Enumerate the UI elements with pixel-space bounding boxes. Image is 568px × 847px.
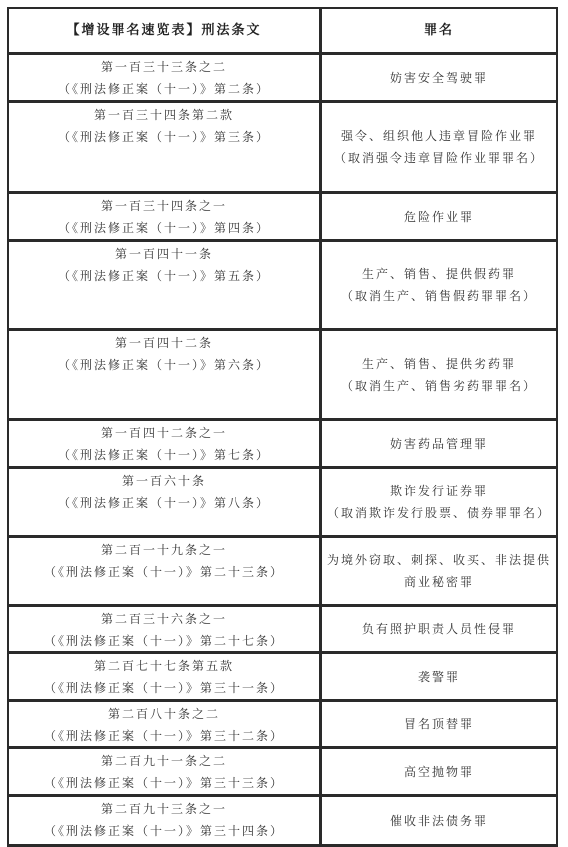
- amendment-reference: （《刑法修正案（十一）》第三条）: [9, 126, 319, 148]
- table-row: 第一百四十二条之一（《刑法修正案（十一）》第七条）妨害药品管理罪: [9, 421, 558, 469]
- crime-name-cell: 为境外窃取、刺探、收买、非法提供商业秘密罪: [322, 538, 558, 604]
- amendment-reference: （《刑法修正案（十一）》第二十七条）: [9, 630, 319, 652]
- crime-name-cell: 生产、销售、提供假药罪（取消生产、销售假药罪罪名）: [322, 242, 558, 328]
- article-cell: 第二百三十六条之一（《刑法修正案（十一）》第二十七条）: [9, 607, 322, 651]
- article-cell: 第一百四十一条（《刑法修正案（十一）》第五条）: [9, 242, 322, 328]
- article-cell: 第一百四十二条之一（《刑法修正案（十一）》第七条）: [9, 421, 322, 466]
- article-number: 第一百三十四条第二款: [9, 104, 319, 126]
- table-row: 第二百七十七条第五款（《刑法修正案（十一）》第三十一条）袭警罪: [9, 654, 558, 702]
- crime-name: 强令、组织他人违章冒险作业罪: [322, 125, 556, 147]
- crime-name: 妨害安全驾驶罪: [322, 67, 556, 89]
- crime-name-cell: 高空抛物罪: [322, 749, 558, 794]
- table-row: 第二百八十条之二（《刑法修正案（十一）》第三十二条）冒名顶替罪: [9, 702, 558, 749]
- article-number: 第二百八十条之二: [9, 703, 319, 725]
- crime-name: 妨害药品管理罪: [322, 433, 556, 455]
- table-row: 第一百三十三条之二（《刑法修正案（十一）》第二条）妨害安全驾驶罪: [9, 55, 558, 103]
- table-row: 第二百一十九条之一（《刑法修正案（十一）》第二十三条）为境外窃取、刺探、收买、非…: [9, 538, 558, 607]
- amendment-reference: （《刑法修正案（十一）》第七条）: [9, 444, 319, 466]
- article-number: 第二百九十三条之一: [9, 798, 319, 820]
- article-cell: 第二百八十条之二（《刑法修正案（十一）》第三十二条）: [9, 702, 322, 746]
- article-number: 第一百三十三条之二: [9, 56, 319, 78]
- crime-name-cell: 催收非法债务罪: [322, 797, 558, 844]
- crime-name: 负有照护职责人员性侵罪: [322, 618, 556, 640]
- crime-name: 催收非法债务罪: [322, 810, 556, 832]
- header-crime-column: 罪名: [322, 9, 558, 52]
- crime-name-cell: 妨害药品管理罪: [322, 421, 558, 466]
- article-number: 第二百七十七条第五款: [9, 655, 319, 677]
- article-cell: 第二百一十九条之一（《刑法修正案（十一）》第二十三条）: [9, 538, 322, 604]
- article-number: 第一百六十条: [9, 470, 319, 492]
- article-number: 第一百四十一条: [9, 243, 319, 265]
- table-row: 第二百九十三条之一（《刑法修正案（十一）》第三十四条）催收非法债务罪: [9, 797, 558, 847]
- amendment-reference: （《刑法修正案（十一）》第五条）: [9, 265, 319, 287]
- crime-name: 高空抛物罪: [322, 761, 556, 783]
- crime-name-cell: 危险作业罪: [322, 194, 558, 239]
- article-number: 第二百三十六条之一: [9, 608, 319, 630]
- amendment-reference: （《刑法修正案（十一）》第二条）: [9, 78, 319, 100]
- article-number: 第二百九十一条之二: [9, 750, 319, 772]
- crime-note: （取消生产、销售劣药罪罪名）: [322, 375, 556, 397]
- crime-name-cell: 强令、组织他人违章冒险作业罪（取消强令违章冒险作业罪罪名）: [322, 103, 558, 191]
- crime-name: 生产、销售、提供假药罪: [322, 263, 556, 285]
- article-cell: 第一百三十四条第二款（《刑法修正案（十一）》第三条）: [9, 103, 322, 191]
- article-cell: 第二百九十三条之一（《刑法修正案（十一）》第三十四条）: [9, 797, 322, 844]
- amendment-reference: （《刑法修正案（十一）》第三十二条）: [9, 725, 319, 747]
- amendment-reference: （《刑法修正案（十一）》第四条）: [9, 217, 319, 239]
- article-cell: 第一百六十条（《刑法修正案（十一）》第八条）: [9, 469, 322, 535]
- amendment-reference: （《刑法修正案（十一）》第八条）: [9, 492, 319, 514]
- article-cell: 第二百九十一条之二（《刑法修正案（十一）》第三十三条）: [9, 749, 322, 794]
- crime-name: 冒名顶替罪: [322, 713, 556, 735]
- crime-list-table: 【增设罪名速览表】刑法条文 罪名 第一百三十三条之二（《刑法修正案（十一）》第二…: [7, 7, 558, 847]
- table-row: 第一百六十条（《刑法修正案（十一）》第八条）欺诈发行证券罪（取消欺诈发行股票、债…: [9, 469, 558, 538]
- article-cell: 第二百七十七条第五款（《刑法修正案（十一）》第三十一条）: [9, 654, 322, 699]
- crime-name: 为境外窃取、刺探、收买、非法提供: [322, 549, 556, 571]
- article-cell: 第一百四十二条（《刑法修正案（十一）》第六条）: [9, 331, 322, 418]
- amendment-reference: （《刑法修正案（十一）》第三十四条）: [9, 820, 319, 842]
- crime-name: 欺诈发行证券罪: [322, 480, 556, 502]
- table-row: 第一百三十四条之一（《刑法修正案（十一）》第四条）危险作业罪: [9, 194, 558, 242]
- crime-note: （取消生产、销售假药罪罪名）: [322, 285, 556, 307]
- amendment-reference: （《刑法修正案（十一）》第六条）: [9, 354, 319, 376]
- crime-name-cell: 负有照护职责人员性侵罪: [322, 607, 558, 651]
- crime-name-cell: 欺诈发行证券罪（取消欺诈发行股票、债券罪罪名）: [322, 469, 558, 535]
- table-row: 第二百九十一条之二（《刑法修正案（十一）》第三十三条）高空抛物罪: [9, 749, 558, 797]
- table-row: 第一百三十四条第二款（《刑法修正案（十一）》第三条）强令、组织他人违章冒险作业罪…: [9, 103, 558, 194]
- article-number: 第一百四十二条之一: [9, 422, 319, 444]
- table-row: 第一百四十二条（《刑法修正案（十一）》第六条）生产、销售、提供劣药罪（取消生产、…: [9, 331, 558, 421]
- article-number: 第一百三十四条之一: [9, 195, 319, 217]
- amendment-reference: （《刑法修正案（十一）》第三十一条）: [9, 677, 319, 699]
- crime-name-cell: 袭警罪: [322, 654, 558, 699]
- article-cell: 第一百三十三条之二（《刑法修正案（十一）》第二条）: [9, 55, 322, 100]
- crime-note: 商业秘密罪: [322, 571, 556, 593]
- crime-name: 危险作业罪: [322, 206, 556, 228]
- amendment-reference: （《刑法修正案（十一）》第二十三条）: [9, 561, 319, 583]
- crime-name: 袭警罪: [322, 666, 556, 688]
- article-number: 第一百四十二条: [9, 332, 319, 354]
- amendment-reference: （《刑法修正案（十一）》第三十三条）: [9, 772, 319, 794]
- crime-name-cell: 生产、销售、提供劣药罪（取消生产、销售劣药罪罪名）: [322, 331, 558, 418]
- table-row: 第一百四十一条（《刑法修正案（十一）》第五条）生产、销售、提供假药罪（取消生产、…: [9, 242, 558, 331]
- crime-name-cell: 冒名顶替罪: [322, 702, 558, 746]
- table-header-row: 【增设罪名速览表】刑法条文 罪名: [9, 9, 558, 55]
- table-row: 第二百三十六条之一（《刑法修正案（十一）》第二十七条）负有照护职责人员性侵罪: [9, 607, 558, 654]
- crime-note: （取消欺诈发行股票、债券罪罪名）: [322, 502, 556, 524]
- article-cell: 第一百三十四条之一（《刑法修正案（十一）》第四条）: [9, 194, 322, 239]
- article-number: 第二百一十九条之一: [9, 539, 319, 561]
- header-article-column: 【增设罪名速览表】刑法条文: [9, 9, 322, 52]
- crime-name-cell: 妨害安全驾驶罪: [322, 55, 558, 100]
- crime-note: （取消强令违章冒险作业罪罪名）: [322, 147, 556, 169]
- crime-name: 生产、销售、提供劣药罪: [322, 353, 556, 375]
